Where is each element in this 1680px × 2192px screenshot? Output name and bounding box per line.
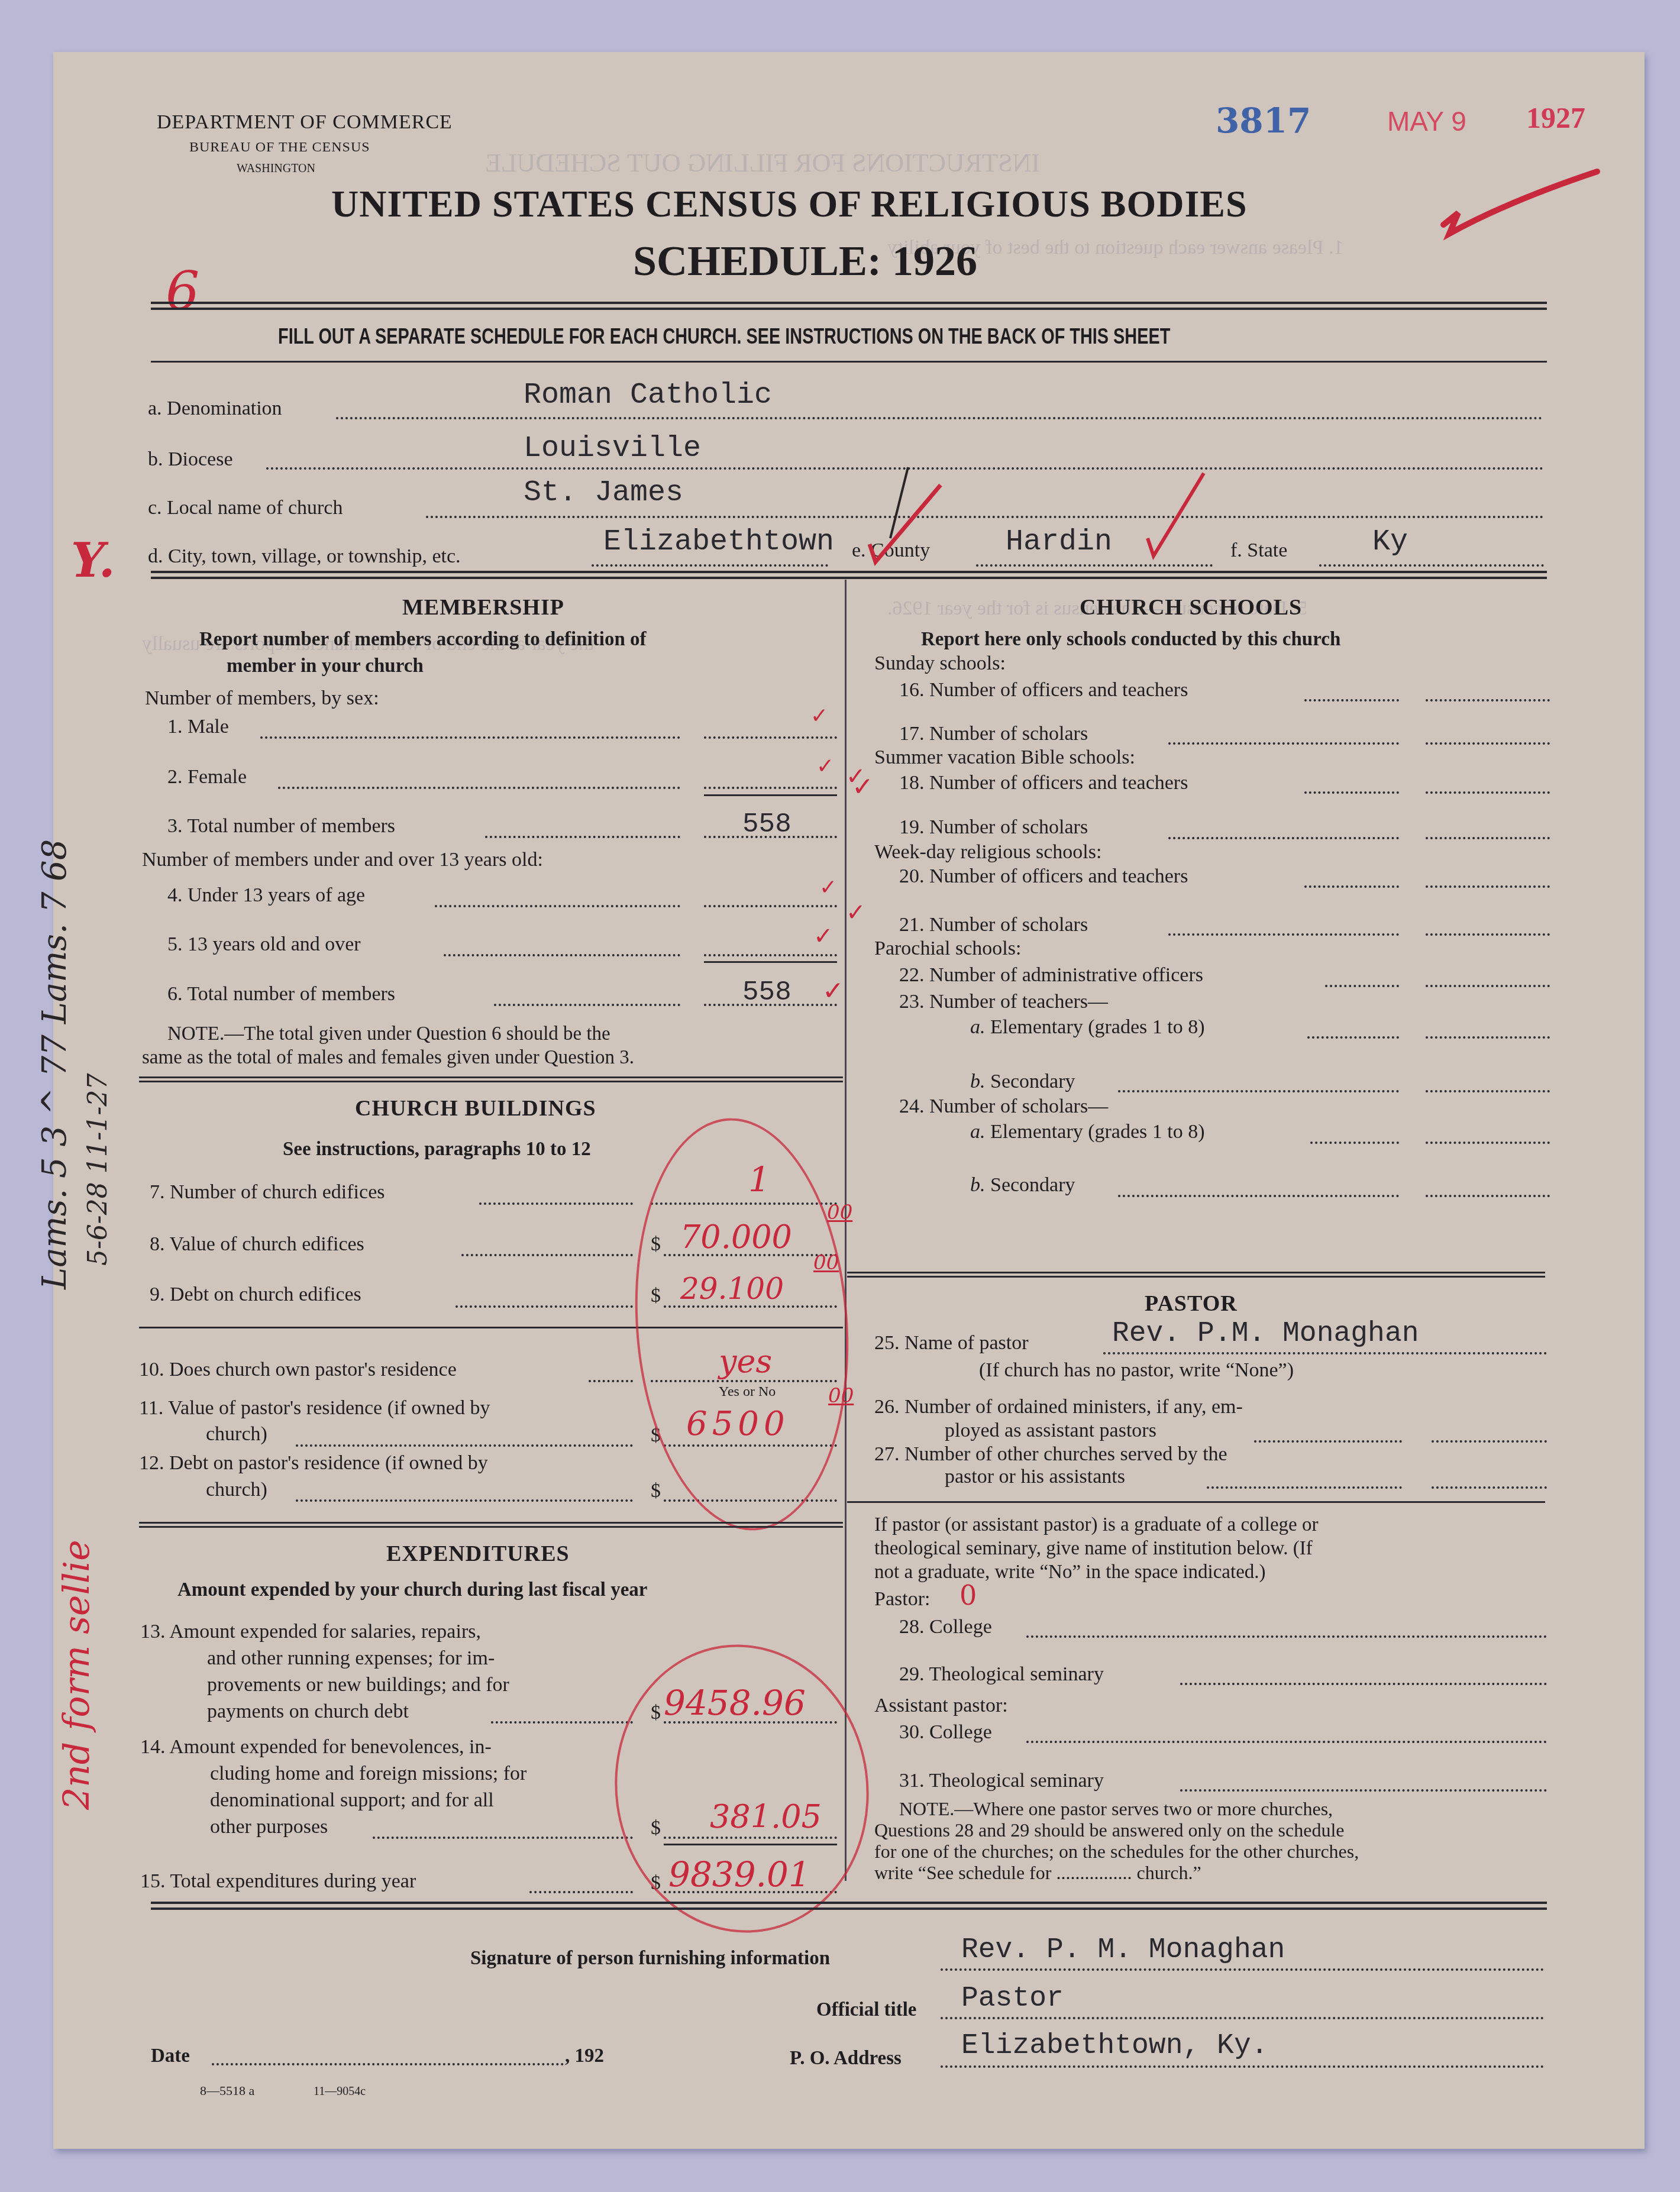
female-count-field[interactable] xyxy=(704,787,837,789)
question-label: College xyxy=(929,1616,992,1638)
expenditures-title: EXPENDITURES xyxy=(386,1541,570,1567)
diocese-field[interactable]: Louisville xyxy=(524,432,701,465)
question-label: Number of officers and teachers xyxy=(929,772,1188,794)
13-and-over-field[interactable] xyxy=(704,954,837,956)
received-stamp-date: MAY 9 xyxy=(1387,105,1466,137)
question-label: Number of administrative officers xyxy=(929,964,1203,986)
leader-dots xyxy=(461,1254,633,1256)
assistant-pastor-label: Assistant pastor: xyxy=(874,1695,1008,1717)
denomination-label: a. Denomination xyxy=(148,397,282,420)
question-number: 24. xyxy=(899,1095,925,1117)
church-schools-title: CHURCH SCHOOLS xyxy=(1080,594,1302,620)
question-number: 8. xyxy=(150,1233,165,1255)
city-field[interactable]: Elizabethtown xyxy=(603,525,834,559)
sum-rule xyxy=(704,961,837,963)
schools-row-23: 23. Number of teachers— xyxy=(899,991,1108,1013)
check-mark-icon xyxy=(1437,166,1603,243)
question-number: 18. xyxy=(899,772,925,794)
total-members-2-field[interactable]: 558 xyxy=(742,977,791,1008)
check-mark-icon: ✓ xyxy=(816,754,834,778)
question-number: 3. xyxy=(167,815,183,837)
check-mark-icon: ✓ xyxy=(810,704,828,728)
sunday-scholars-field[interactable] xyxy=(1426,742,1550,745)
question-label: Female xyxy=(188,766,247,788)
question-label: Under 13 years of age xyxy=(188,884,365,906)
question-label: Elementary (grades 1 to 8) xyxy=(990,1121,1205,1143)
question-label: Value of church edifices xyxy=(169,1233,364,1255)
question-number: 6. xyxy=(167,983,183,1005)
question-label: Elementary (grades 1 to 8) xyxy=(990,1016,1205,1038)
leader-dots xyxy=(1118,1195,1399,1197)
church-buildings-subtitle: See instructions, paragraphs 10 to 12 xyxy=(283,1139,591,1160)
expenditures-subtitle: Amount expended by your church during la… xyxy=(177,1579,648,1601)
question-number: 31. xyxy=(899,1770,925,1792)
diocese-label: b. Diocese xyxy=(148,448,233,471)
leader-dots xyxy=(455,1305,633,1308)
question-label: Theological seminary xyxy=(929,1663,1104,1685)
membership-subtitle: Report number of members according to de… xyxy=(199,629,647,651)
leader-dots xyxy=(1304,885,1399,888)
question-label-continued: denominational support; and for all xyxy=(210,1789,494,1812)
question-label: Number of teachers— xyxy=(929,991,1108,1013)
pastor-name-field[interactable]: Rev. P.M. Monaghan xyxy=(1112,1318,1419,1350)
assistant-seminary-field[interactable] xyxy=(1180,1789,1547,1792)
question-label: Secondary xyxy=(990,1174,1075,1196)
graduate-note-3: not a graduate, write “No” in the space … xyxy=(874,1561,1266,1583)
pastor-title: PASTOR xyxy=(1145,1291,1238,1317)
margin-note-red: 2nd form sellie xyxy=(56,1540,98,1810)
question-label: Male xyxy=(188,716,229,738)
summer-officers-field[interactable] xyxy=(1426,791,1550,794)
question-label: Number of ordained ministers, if any, em… xyxy=(904,1396,1243,1418)
church-name-label: c. Local name of church xyxy=(148,497,343,519)
question-label-continued: church) xyxy=(206,1423,267,1446)
question-number: 15. xyxy=(140,1870,166,1892)
by-age-label: Number of members under and over 13 year… xyxy=(142,849,543,871)
pastor-note-2: Questions 28 and 29 should be answered o… xyxy=(874,1819,1345,1841)
question-label: Amount expended for salaries, repairs, xyxy=(169,1621,481,1643)
question-label: Name of pastor xyxy=(904,1332,1029,1354)
schedule-year: SCHEDULE: 1926 xyxy=(633,237,977,286)
date-field[interactable] xyxy=(212,2063,564,2065)
print-code: 11—9054c xyxy=(314,2085,366,2099)
header-divider xyxy=(151,302,1547,310)
question-label-continued: ployed as assistant pastors xyxy=(945,1420,1156,1442)
denomination-field-line xyxy=(336,417,1543,419)
leader-dots xyxy=(373,1837,633,1839)
pastor-note: NOTE.—Where one pastor serves two or mor… xyxy=(899,1798,1333,1820)
question-number: 20. xyxy=(899,865,925,887)
city-field-line xyxy=(592,564,828,567)
question-label: Number of scholars xyxy=(929,816,1088,838)
form-code: 8—5518 a xyxy=(200,2083,254,2099)
signature-field-line xyxy=(941,1968,1544,1971)
received-stamp-year: 1927 xyxy=(1526,101,1585,135)
question-label: Number of scholars xyxy=(929,723,1088,745)
sunday-schools-label: Sunday schools: xyxy=(874,652,1006,675)
bureau-name: BUREAU OF THE CENSUS xyxy=(189,140,370,156)
male-count-field[interactable] xyxy=(704,736,837,739)
leader-dots xyxy=(1168,933,1399,936)
weekday-officers-field[interactable] xyxy=(1426,885,1550,888)
question-label-continued: pastor or his assistants xyxy=(945,1466,1125,1488)
section-divider xyxy=(139,1522,843,1528)
question-label: 13 years old and over xyxy=(188,933,361,955)
question-number: 26. xyxy=(874,1396,900,1418)
leader-dots xyxy=(260,736,680,739)
graduate-note-2: theological seminary, give name of insti… xyxy=(874,1538,1313,1560)
question-label-continued: and other running expenses; for im- xyxy=(207,1647,495,1670)
scholars-secondary-field[interactable] xyxy=(1426,1195,1550,1197)
check-mark-icon xyxy=(1142,467,1213,562)
membership-note: NOTE.—The total given under Question 6 s… xyxy=(167,1023,610,1045)
date-year-prefix: , 192 xyxy=(565,2045,604,2067)
church-schools-subtitle: Report here only schools conducted by th… xyxy=(921,629,1340,651)
question-number: 27. xyxy=(874,1443,900,1465)
pastor-education-mark: 0 xyxy=(959,1579,977,1611)
leader-dots xyxy=(1310,1142,1399,1144)
question-number: 28. xyxy=(899,1616,925,1638)
question-number: 19. xyxy=(899,816,925,838)
section-divider xyxy=(139,1076,843,1082)
leader-dots xyxy=(589,1380,633,1382)
question-label: Number of church edifices xyxy=(170,1181,385,1203)
signature-label: Signature of person furnishing informati… xyxy=(470,1948,830,1970)
state-label: f. State xyxy=(1230,539,1287,562)
leader-dots xyxy=(1304,791,1399,794)
parochial-admin-field[interactable] xyxy=(1426,985,1550,987)
check-mark-icon: ✓ xyxy=(819,875,837,900)
question-label: Number of officers and teachers xyxy=(929,679,1188,701)
question-number: 12. xyxy=(139,1452,164,1474)
weekday-schools-label: Week-day religious schools: xyxy=(874,841,1101,864)
section-divider xyxy=(151,1902,1547,1910)
leader-dots xyxy=(296,1499,633,1502)
membership-title: MEMBERSHIP xyxy=(402,594,564,620)
leader-dots xyxy=(435,905,680,907)
bureau-city: WASHINGTON xyxy=(237,162,315,176)
question-number: 23. xyxy=(899,991,925,1013)
ghost-instructions-heading: INSTRUCTIONS FOR FILLING OUT SCHEDULE xyxy=(485,148,1040,178)
leader-dots xyxy=(1325,985,1399,987)
other-churches-field[interactable] xyxy=(1432,1486,1547,1489)
question-number: 14. xyxy=(140,1736,166,1758)
question-label: Number of officers and teachers xyxy=(929,865,1188,887)
check-mark-icon: ✓ xyxy=(846,899,866,926)
question-label: Total number of members xyxy=(187,815,395,837)
pastor-note-3: for one of the churches; on the schedule… xyxy=(874,1841,1359,1863)
teachers-elementary-field[interactable] xyxy=(1426,1036,1550,1039)
assistant-college-field[interactable] xyxy=(1026,1741,1547,1743)
question-number: 16. xyxy=(899,679,925,701)
question-letter: a. xyxy=(970,1121,986,1143)
county-field[interactable]: Hardin xyxy=(1006,525,1112,559)
total-members-field[interactable]: 558 xyxy=(742,809,791,840)
question-label-continued: provements or new buildings; and for xyxy=(207,1674,509,1696)
parochial-schools-label: Parochial schools: xyxy=(874,937,1021,960)
leader-dots xyxy=(1168,837,1399,839)
leader-dots xyxy=(1118,1090,1399,1092)
leader-dots xyxy=(1254,1440,1402,1443)
question-number: 9. xyxy=(150,1283,165,1305)
divider xyxy=(151,361,1547,363)
state-field[interactable]: Ky xyxy=(1372,525,1408,559)
county-field-line xyxy=(976,564,1213,567)
department-name: DEPARTMENT OF COMMERCE xyxy=(157,111,453,134)
official-title-label: Official title xyxy=(816,1999,917,2021)
leader-dots xyxy=(491,1721,633,1724)
by-sex-label: Number of members, by sex: xyxy=(145,687,379,710)
question-letter: b. xyxy=(970,1071,986,1092)
margin-number-annotation: 6 xyxy=(166,260,199,322)
margin-note-black-dates: 5-6-28 11-1-27 xyxy=(83,1074,113,1266)
question-number: 22. xyxy=(899,964,925,986)
sum-rule xyxy=(704,794,837,796)
question-label: Number of other churches served by the xyxy=(904,1443,1227,1465)
question-label: Debt on church edifices xyxy=(170,1283,361,1305)
po-address-field-line xyxy=(941,2065,1544,2068)
section-divider xyxy=(151,571,1547,579)
question-label: College xyxy=(929,1721,992,1743)
leader-dots xyxy=(1168,742,1399,745)
state-field-line xyxy=(1319,564,1544,567)
question-label-continued: church) xyxy=(206,1479,267,1501)
edifices-value-cents: 00 xyxy=(827,1201,852,1224)
schools-row-24: 24. Number of scholars— xyxy=(899,1095,1108,1118)
teachers-secondary-field[interactable] xyxy=(1426,1090,1550,1092)
leader-dots xyxy=(485,836,680,838)
leader-dots xyxy=(479,1202,633,1205)
form-title: UNITED STATES CENSUS OF RELIGIOUS BODIES xyxy=(331,182,1248,226)
leader-dots xyxy=(444,954,680,956)
sunday-officers-field[interactable] xyxy=(1426,699,1550,701)
question-label-continued: cluding home and foreign missions; for xyxy=(210,1763,526,1785)
church-buildings-title: CHURCH BUILDINGS xyxy=(355,1095,596,1121)
question-number: 13. xyxy=(140,1621,166,1643)
question-label: Secondary xyxy=(990,1071,1075,1092)
leader-dots xyxy=(296,1444,633,1447)
question-number: 10. xyxy=(139,1359,164,1380)
question-number: 7. xyxy=(150,1181,165,1203)
leader-dots xyxy=(529,1891,633,1893)
divider xyxy=(847,1501,1545,1503)
leader-dots xyxy=(494,1004,680,1006)
question-label: Debt on pastor's residence (if owned by xyxy=(169,1452,488,1474)
scholars-elementary-field[interactable] xyxy=(1426,1142,1550,1144)
graduate-note: If pastor (or assistant pastor) is a gra… xyxy=(874,1514,1318,1536)
question-label-continued: other purposes xyxy=(210,1816,328,1838)
question-number: 29. xyxy=(899,1663,925,1685)
pastor-name-field-line xyxy=(1103,1352,1547,1354)
question-label: Amount expended for benevolences, in- xyxy=(169,1736,492,1758)
question-label: Number of scholars— xyxy=(929,1095,1108,1117)
summer-schools-label: Summer vacation Bible schools: xyxy=(874,746,1135,769)
pastor-seminary-field[interactable] xyxy=(1180,1683,1547,1685)
question-label: Total number of members xyxy=(187,983,395,1005)
leader-dots xyxy=(1207,1486,1402,1489)
received-stamp-number: 3817 xyxy=(1216,101,1311,141)
denomination-field[interactable]: Roman Catholic xyxy=(524,379,772,412)
question-label: Theological seminary xyxy=(929,1770,1104,1792)
membership-subtitle-2: member in your church xyxy=(227,655,424,677)
official-title-field-line xyxy=(941,2017,1544,2019)
check-mark-icon xyxy=(858,461,952,568)
under-13-field[interactable] xyxy=(704,905,837,907)
date-label: Date xyxy=(151,2045,190,2067)
question-label: Number of scholars xyxy=(929,914,1088,936)
question-number: 11. xyxy=(139,1397,163,1419)
pastor-education-label: Pastor: xyxy=(874,1588,930,1611)
question-letter: a. xyxy=(970,1016,986,1038)
margin-note-black: Lams. 5 3 ^ 77 Lams. 7 68 xyxy=(35,839,74,1289)
question-number: 1. xyxy=(167,716,183,738)
question-number: 17. xyxy=(899,723,925,745)
question-number: 4. xyxy=(167,884,183,906)
instruction-line: FILL OUT A SEPARATE SCHEDULE FOR EACH CH… xyxy=(278,324,1170,349)
leader-dots xyxy=(278,787,680,789)
question-label: Does church own pastor's residence xyxy=(169,1359,457,1380)
check-mark-icon: ✓ xyxy=(822,976,844,1006)
church-name-field[interactable]: St. James xyxy=(524,476,683,510)
membership-note-2: same as the total of males and females g… xyxy=(142,1047,634,1069)
po-address-field[interactable]: Elizabethtown, Ky. xyxy=(961,2030,1268,2062)
question-label-continued: payments on church debt xyxy=(207,1700,409,1723)
summer-scholars-field[interactable] xyxy=(1426,837,1550,839)
question-letter: b. xyxy=(970,1174,986,1196)
pastor-note-4: write “See schedule for ................… xyxy=(874,1862,1201,1884)
no-pastor-hint: (If church has no pastor, write “None”) xyxy=(979,1359,1294,1382)
question-number: 21. xyxy=(899,914,925,936)
section-divider xyxy=(847,1272,1545,1278)
currency-symbol: $ xyxy=(651,1480,661,1502)
signature-field[interactable]: Rev. P. M. Monaghan xyxy=(961,1934,1285,1966)
check-mark-icon: ✓ xyxy=(846,763,866,790)
leader-dots xyxy=(1304,699,1399,701)
pastor-college-field[interactable] xyxy=(1026,1635,1547,1638)
official-title-field[interactable]: Pastor xyxy=(961,1983,1064,2015)
question-label: Value of pastor's residence (if owned by xyxy=(168,1397,490,1419)
weekday-scholars-field[interactable] xyxy=(1426,933,1550,936)
leader-dots xyxy=(1307,1036,1399,1039)
check-mark-icon: ✓ xyxy=(813,923,833,950)
assistant-pastors-field[interactable] xyxy=(1432,1440,1547,1443)
question-number: 25. xyxy=(874,1332,900,1354)
margin-mark-annotation: Y. xyxy=(71,532,115,588)
question-number: 30. xyxy=(899,1721,925,1743)
church-name-field-line xyxy=(426,516,1544,518)
question-number: 5. xyxy=(167,933,183,955)
city-label: d. City, town, village, or township, etc… xyxy=(148,545,461,568)
question-number: 2. xyxy=(167,766,183,788)
question-label: Total expenditures during year xyxy=(170,1870,416,1892)
po-address-label: P. O. Address xyxy=(790,2048,902,2070)
